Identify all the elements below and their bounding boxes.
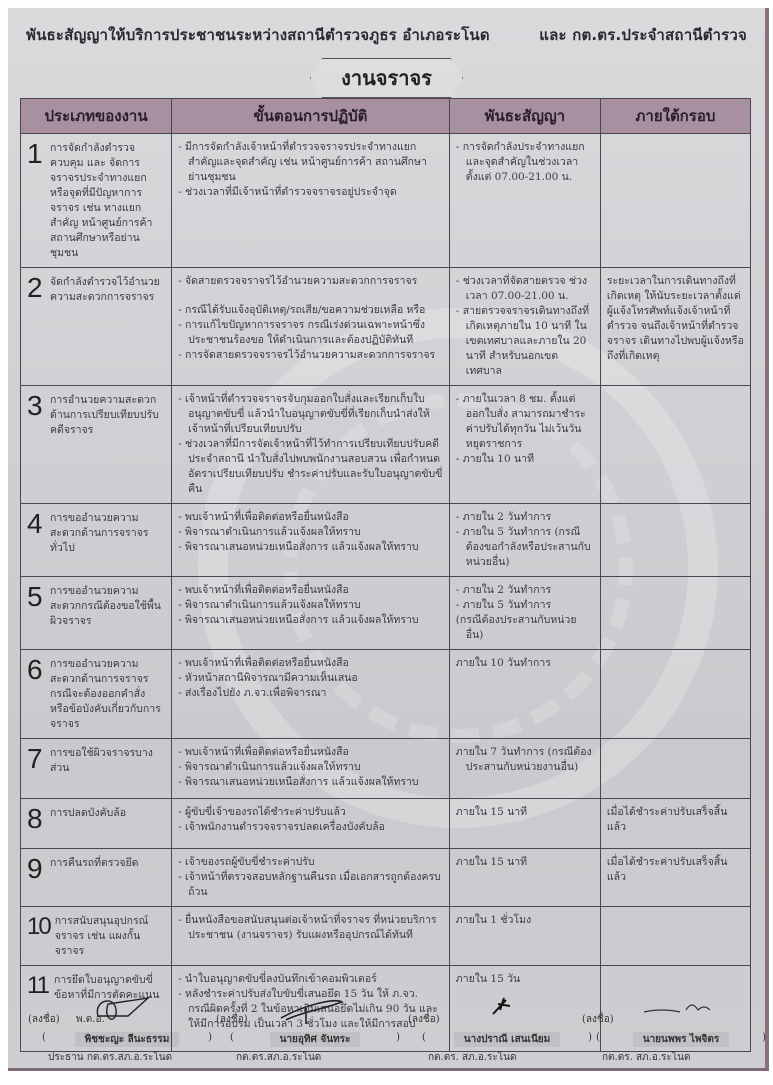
cell-steps: เจ้าของรถผู้ขับขี่ชำระค่าปรับเจ้าหน้าที่…	[172, 849, 450, 907]
commitment-item: ภายใน 10 นาที	[456, 452, 594, 467]
signature-scribble-icon	[276, 994, 346, 1024]
commitment-item: ภายใน 5 วันทำการ (กรณีต้องขอกำลังหรือประ…	[456, 525, 594, 570]
table-row: 10การสนับสนุนอุปกรณ์จราจร เช่น แผงกั้นจร…	[21, 907, 751, 966]
cell-commitment: ภายใน 10 วันทำการ	[449, 650, 600, 739]
cell-commitment: ภายใน 15 นาที	[449, 849, 600, 907]
commitment-item: ภายใน 2 วันทำการ	[456, 510, 594, 525]
cell-commitment: ภายใน 2 วันทำการภายใน 5 วันทำการ (กรณีต้…	[449, 504, 600, 577]
table-row: 8การปลดบังคับล้อผู้ขับขี่เจ้าของรถได้ชำร…	[21, 799, 751, 849]
cell-service-type: 4การขออำนวยความสะดวกด้านการจราจรทั่วไป	[21, 504, 172, 577]
column-header-type: ประเภทของงาน	[21, 99, 172, 134]
cell-service-type: 9การคืนรถที่ตรวจยึด	[21, 849, 172, 907]
header-left-text: พันธะสัญญาให้บริการประชาชนระหว่างสถานีตำ…	[26, 23, 490, 47]
commitment-item: สายตรวจจราจรเดินทางถึงที่เกิดเหตุภายใน 1…	[456, 304, 594, 379]
notice-board: พันธะสัญญาให้บริการประชาชนระหว่างสถานีตำ…	[8, 8, 769, 1071]
step-item: พิจารณาดำเนินการแล้วแจ้งผลให้ทราบ	[178, 760, 443, 775]
cell-framework	[600, 577, 750, 650]
row-number: 10	[27, 913, 50, 959]
service-type-text: การขออำนวยความสะดวกด้านการจราจรทั่วไป	[50, 510, 165, 556]
commitment-item: ภายใน 10 วันทำการ	[456, 656, 594, 671]
step-item: การแก้ไขปัญหาการจราจร กรณีเร่งด่วนเฉพาะห…	[178, 318, 443, 348]
cell-service-type: 2จัดกำลังตำรวจไว้อำนวยความสะดวกการจราจร	[21, 268, 172, 386]
step-item: ผู้ขับขี่เจ้าของรถได้ชำระค่าปรับแล้ว	[178, 805, 443, 820]
row-number: 6	[27, 656, 45, 732]
table-row: 6การขออำนวยความสะดวกด้านการจราจร กรณีจะต…	[21, 650, 751, 739]
service-type-text: การคืนรถที่ตรวจยึด	[50, 855, 165, 883]
commitment-item: การจัดกำลังประจำทางแยกและจุดสำคัญในช่วงเ…	[456, 140, 594, 185]
step-item: นำใบอนุญาตขับขี่ลงบันทึกเข้าคอมพิวเตอร์	[178, 972, 443, 987]
cell-commitment: ภายในเวลา 8 ชม. ตั้งแต่ออกใบสั่ง สามารถม…	[449, 386, 600, 504]
service-type-text: จัดกำลังตำรวจไว้อำนวยความสะดวกการจราจร	[50, 274, 165, 305]
service-table: ประเภทของงาน ขั้นตอนการปฏิบัติ พันธะสัญญ…	[20, 98, 751, 1052]
column-header-commitment: พันธะสัญญา	[449, 99, 600, 134]
step-item: มีการจัดกำลังเจ้าหน้าที่ตำรวจจราจรประจำท…	[178, 140, 443, 185]
step-item: กรณีได้รับแจ้งอุบัติเหตุ/รถเสีย/ขอความช่…	[178, 303, 443, 318]
step-item: หัวหน้าสถานีพิจารณามีความเห็นเสนอ	[178, 671, 443, 686]
cell-service-type: 6การขออำนวยความสะดวกด้านการจราจร กรณีจะต…	[21, 650, 172, 739]
step-item: พบเจ้าหน้าที่เพื่อติดต่อหรือยื่นหนังสือ	[178, 745, 443, 760]
step-item: เจ้าหน้าที่ตำรวจจราจรจับกุมออกใบสั่งและเ…	[178, 392, 443, 437]
cell-steps: พบเจ้าหน้าที่เพื่อติดต่อหรือยื่นหนังสือพ…	[172, 739, 450, 799]
table-header-row: ประเภทของงาน ขั้นตอนการปฏิบัติ พันธะสัญญ…	[21, 99, 751, 134]
cell-service-type: 10การสนับสนุนอุปกรณ์จราจร เช่น แผงกั้นจร…	[21, 907, 172, 966]
commitment-item: ภายใน 2 วันทำการ	[456, 583, 594, 598]
signature-section: (ลงชื่อ) พ.ต.อ. ( พิชชะญะ ลีนะธรรม ) ประ…	[20, 998, 751, 1066]
signature-block: (ลงชื่อ) ( นายอุทิศ จันทระ ) กต.ตร.สภ.อ.…	[216, 998, 396, 1066]
commitment-item: ช่วงเวลาที่จัดสายตรวจ ช่วงเวลา 07.00-21.…	[456, 274, 594, 304]
signer-name: นายอุทิศ จันทระ	[270, 1032, 361, 1047]
service-type-text: การจัดกำลังตำรวจควบคุม และ จัดการจราจรปร…	[50, 140, 165, 261]
step-item: ช่วงเวลาที่มีการจัดเจ้าหน้าที่ไว้ทำการเป…	[178, 437, 443, 497]
column-header-steps: ขั้นตอนการปฏิบัติ	[172, 99, 450, 134]
step-item: พิจารณาดำเนินการแล้วแจ้งผลให้ทราบ	[178, 598, 443, 613]
row-number: 9	[27, 855, 45, 883]
signer-position: กต.ตร.สภ.อ.ระโนด	[236, 1050, 321, 1065]
cell-steps: ผู้ขับขี่เจ้าของรถได้ชำระค่าปรับแล้วเจ้า…	[172, 799, 450, 849]
cell-service-type: 5การขออำนวยความสะดวกกรณีต้องขอใช้พื้นผิว…	[21, 577, 172, 650]
cell-steps: จัดสายตรวจจราจรไว้อำนวยความสะดวกการจราจร…	[172, 268, 450, 386]
page-title: งานจราจร	[310, 58, 463, 98]
step-item: จัดสายตรวจจราจรไว้อำนวยความสะดวกการจราจร	[178, 274, 443, 289]
cell-framework	[600, 386, 750, 504]
step-item: พิจารณาเสนอหน่วยเหนือสั่งการ แล้วแจ้งผลใ…	[178, 613, 443, 628]
signer-name: นายนพพร ไพจิตร	[633, 1032, 730, 1047]
commitment-item: ภายใน 15 วัน	[456, 972, 594, 987]
step-item	[178, 289, 443, 303]
step-item: เจ้าพนักงานตำรวจจราจรปลดเครื่องบังคับล้อ	[178, 820, 443, 835]
cell-framework: เมื่อได้ชำระค่าปรับเสร็จสิ้นแล้ว	[600, 799, 750, 849]
step-item: ช่วงเวลาที่มีเจ้าหน้าที่ตำรวจจราจรอยู่ปร…	[178, 185, 443, 200]
step-item: การจัดสายตรวจจราจรไว้อำนวยความสะดวกการจร…	[178, 348, 443, 363]
service-type-text: การขออำนวยความสะดวกด้านการจราจร กรณีจะต้…	[50, 656, 165, 732]
sign-label: (ลงชื่อ)	[582, 1012, 614, 1027]
cell-framework	[600, 907, 750, 966]
cell-commitment: ภายใน 1 ชั่วโมง	[449, 907, 600, 966]
document-header: พันธะสัญญาให้บริการประชาชนระหว่างสถานีตำ…	[26, 22, 747, 48]
step-item: ส่งเรื่องไปยัง ภ.จว.เพื่อพิจารณา	[178, 686, 443, 701]
cell-commitment: ภายใน 7 วันทำการ (กรณีต้องประสานกับหน่วย…	[449, 739, 600, 799]
column-header-framework: ภายใต้กรอบ	[600, 99, 750, 134]
table-row: 5การขออำนวยความสะดวกกรณีต้องขอใช้พื้นผิว…	[21, 577, 751, 650]
service-type-text: การอำนวยความสะดวกด้านการเปรียบเทียบปรับค…	[50, 392, 165, 438]
cell-framework: ระยะเวลาในการเดินทางถึงที่เกิดเหตุ ให้นั…	[600, 268, 750, 386]
commitment-item: ภายใน 1 ชั่วโมง	[456, 913, 594, 928]
signer-position: ประธาน กต.ตร.สภ.อ.ระโนด	[48, 1050, 172, 1065]
cell-service-type: 1การจัดกำลังตำรวจควบคุม และ จัดการจราจรป…	[21, 134, 172, 268]
cell-framework	[600, 739, 750, 799]
row-number: 8	[27, 805, 45, 833]
sign-label: (ลงชื่อ)	[408, 1012, 440, 1027]
service-type-text: การสนับสนุนอุปกรณ์จราจร เช่น แผงกั้นจราจ…	[55, 913, 165, 959]
step-item: พิจารณาเสนอหน่วยเหนือสั่งการ แล้วแจ้งผลใ…	[178, 540, 443, 555]
signature-scribble-icon	[468, 994, 538, 1024]
commitment-item: ภายใน 15 นาที	[456, 805, 594, 820]
signer-position: กต.ตร. สภ.อ.ระโนด	[428, 1050, 516, 1065]
cell-steps: มีการจัดกำลังเจ้าหน้าที่ตำรวจจราจรประจำท…	[172, 134, 450, 268]
table-row: 7การขอใช้ผิวจราจรบางส่วนพบเจ้าหน้าที่เพื…	[21, 739, 751, 799]
step-item: พบเจ้าหน้าที่เพื่อติดต่อหรือยื่นหนังสือ	[178, 510, 443, 525]
table-row: 3การอำนวยความสะดวกด้านการเปรียบเทียบปรับ…	[21, 386, 751, 504]
header-right-text: และ กต.ตร.ประจำสถานีตำรวจ	[539, 23, 747, 47]
cell-steps: ยื่นหนังสือขอสนับสนุนต่อเจ้าหน้าที่จราจร…	[172, 907, 450, 966]
signer-position: กต.ตร. สภ.อ.ระโนด	[602, 1050, 690, 1065]
cell-service-type: 8การปลดบังคับล้อ	[21, 799, 172, 849]
table-row: 9การคืนรถที่ตรวจยึดเจ้าของรถผู้ขับขี่ชำร…	[21, 849, 751, 907]
sign-label: (ลงชื่อ)	[28, 1012, 60, 1027]
commitment-item: ภายใน 5 วันทำการ	[456, 598, 594, 613]
row-number: 7	[27, 745, 45, 776]
signature-scribble-icon	[88, 994, 158, 1024]
cell-framework	[600, 650, 750, 739]
service-type-text: การขออำนวยความสะดวกกรณีต้องขอใช้พื้นผิวจ…	[50, 583, 165, 629]
table-row: 4การขออำนวยความสะดวกด้านการจราจรทั่วไปพบ…	[21, 504, 751, 577]
table-row: 2จัดกำลังตำรวจไว้อำนวยความสะดวกการจราจรจ…	[21, 268, 751, 386]
row-number: 5	[27, 583, 45, 629]
signature-scribble-icon	[642, 994, 712, 1024]
cell-commitment: ภายใน 2 วันทำการภายใน 5 วันทำการ(กรณีต้อ…	[449, 577, 600, 650]
commitment-item: ภายใน 7 วันทำการ (กรณีต้องประสานกับหน่วย…	[456, 745, 594, 775]
commitment-item: ภายในเวลา 8 ชม. ตั้งแต่ออกใบสั่ง สามารถม…	[456, 392, 594, 452]
cell-service-type: 3การอำนวยความสะดวกด้านการเปรียบเทียบปรับ…	[21, 386, 172, 504]
signature-block: (ลงชื่อ) ( นายนพพร ไพจิตร ) กต.ตร. สภ.อ.…	[582, 998, 762, 1066]
step-item: พบเจ้าหน้าที่เพื่อติดต่อหรือยื่นหนังสือ	[178, 656, 443, 671]
cell-framework	[600, 504, 750, 577]
step-item: เจ้าของรถผู้ขับขี่ชำระค่าปรับ	[178, 855, 443, 870]
cell-commitment: การจัดกำลังประจำทางแยกและจุดสำคัญในช่วงเ…	[449, 134, 600, 268]
commitment-item: ภายใน 15 นาที	[456, 855, 594, 870]
step-item: ยื่นหนังสือขอสนับสนุนต่อเจ้าหน้าที่จราจร…	[178, 913, 443, 943]
signer-name: พิชชะญะ ลีนะธรรม	[75, 1032, 180, 1047]
row-number: 2	[27, 274, 45, 305]
cell-steps: พบเจ้าหน้าที่เพื่อติดต่อหรือยื่นหนังสือพ…	[172, 577, 450, 650]
cell-commitment: ภายใน 15 นาที	[449, 799, 600, 849]
row-number: 4	[27, 510, 45, 556]
cell-framework: เมื่อได้ชำระค่าปรับเสร็จสิ้นแล้ว	[600, 849, 750, 907]
signature-block: (ลงชื่อ) พ.ต.อ. ( พิชชะญะ ลีนะธรรม ) ประ…	[28, 998, 208, 1066]
commitment-item: (กรณีต้องประสานกับหน่วยอื่น)	[456, 613, 594, 643]
row-number: 1	[27, 140, 45, 261]
signature-block: (ลงชื่อ) ( นางปราณี เสนเนียม ) กต.ตร. สภ…	[408, 998, 588, 1066]
step-item: พิจารณาดำเนินการแล้วแจ้งผลให้ทราบ	[178, 525, 443, 540]
step-item: พิจารณาเสนอหน่วยเหนือสั่งการ แล้วแจ้งผลใ…	[178, 775, 443, 790]
cell-service-type: 7การขอใช้ผิวจราจรบางส่วน	[21, 739, 172, 799]
sign-label: (ลงชื่อ)	[216, 1012, 248, 1027]
cell-steps: พบเจ้าหน้าที่เพื่อติดต่อหรือยื่นหนังสือห…	[172, 650, 450, 739]
signer-name: นางปราณี เสนเนียม	[454, 1032, 561, 1047]
cell-steps: เจ้าหน้าที่ตำรวจจราจรจับกุมออกใบสั่งและเ…	[172, 386, 450, 504]
cell-framework	[600, 134, 750, 268]
step-item: เจ้าหน้าที่ตรวจสอบหลักฐานคืนรถ เมื่อเอกส…	[178, 870, 443, 900]
cell-steps: พบเจ้าหน้าที่เพื่อติดต่อหรือยื่นหนังสือพ…	[172, 504, 450, 577]
table-row: 1การจัดกำลังตำรวจควบคุม และ จัดการจราจรป…	[21, 134, 751, 268]
row-number: 3	[27, 392, 45, 438]
cell-commitment: ช่วงเวลาที่จัดสายตรวจ ช่วงเวลา 07.00-21.…	[449, 268, 600, 386]
step-item: พบเจ้าหน้าที่เพื่อติดต่อหรือยื่นหนังสือ	[178, 583, 443, 598]
service-type-text: การขอใช้ผิวจราจรบางส่วน	[50, 745, 165, 776]
service-type-text: การปลดบังคับล้อ	[50, 805, 165, 833]
